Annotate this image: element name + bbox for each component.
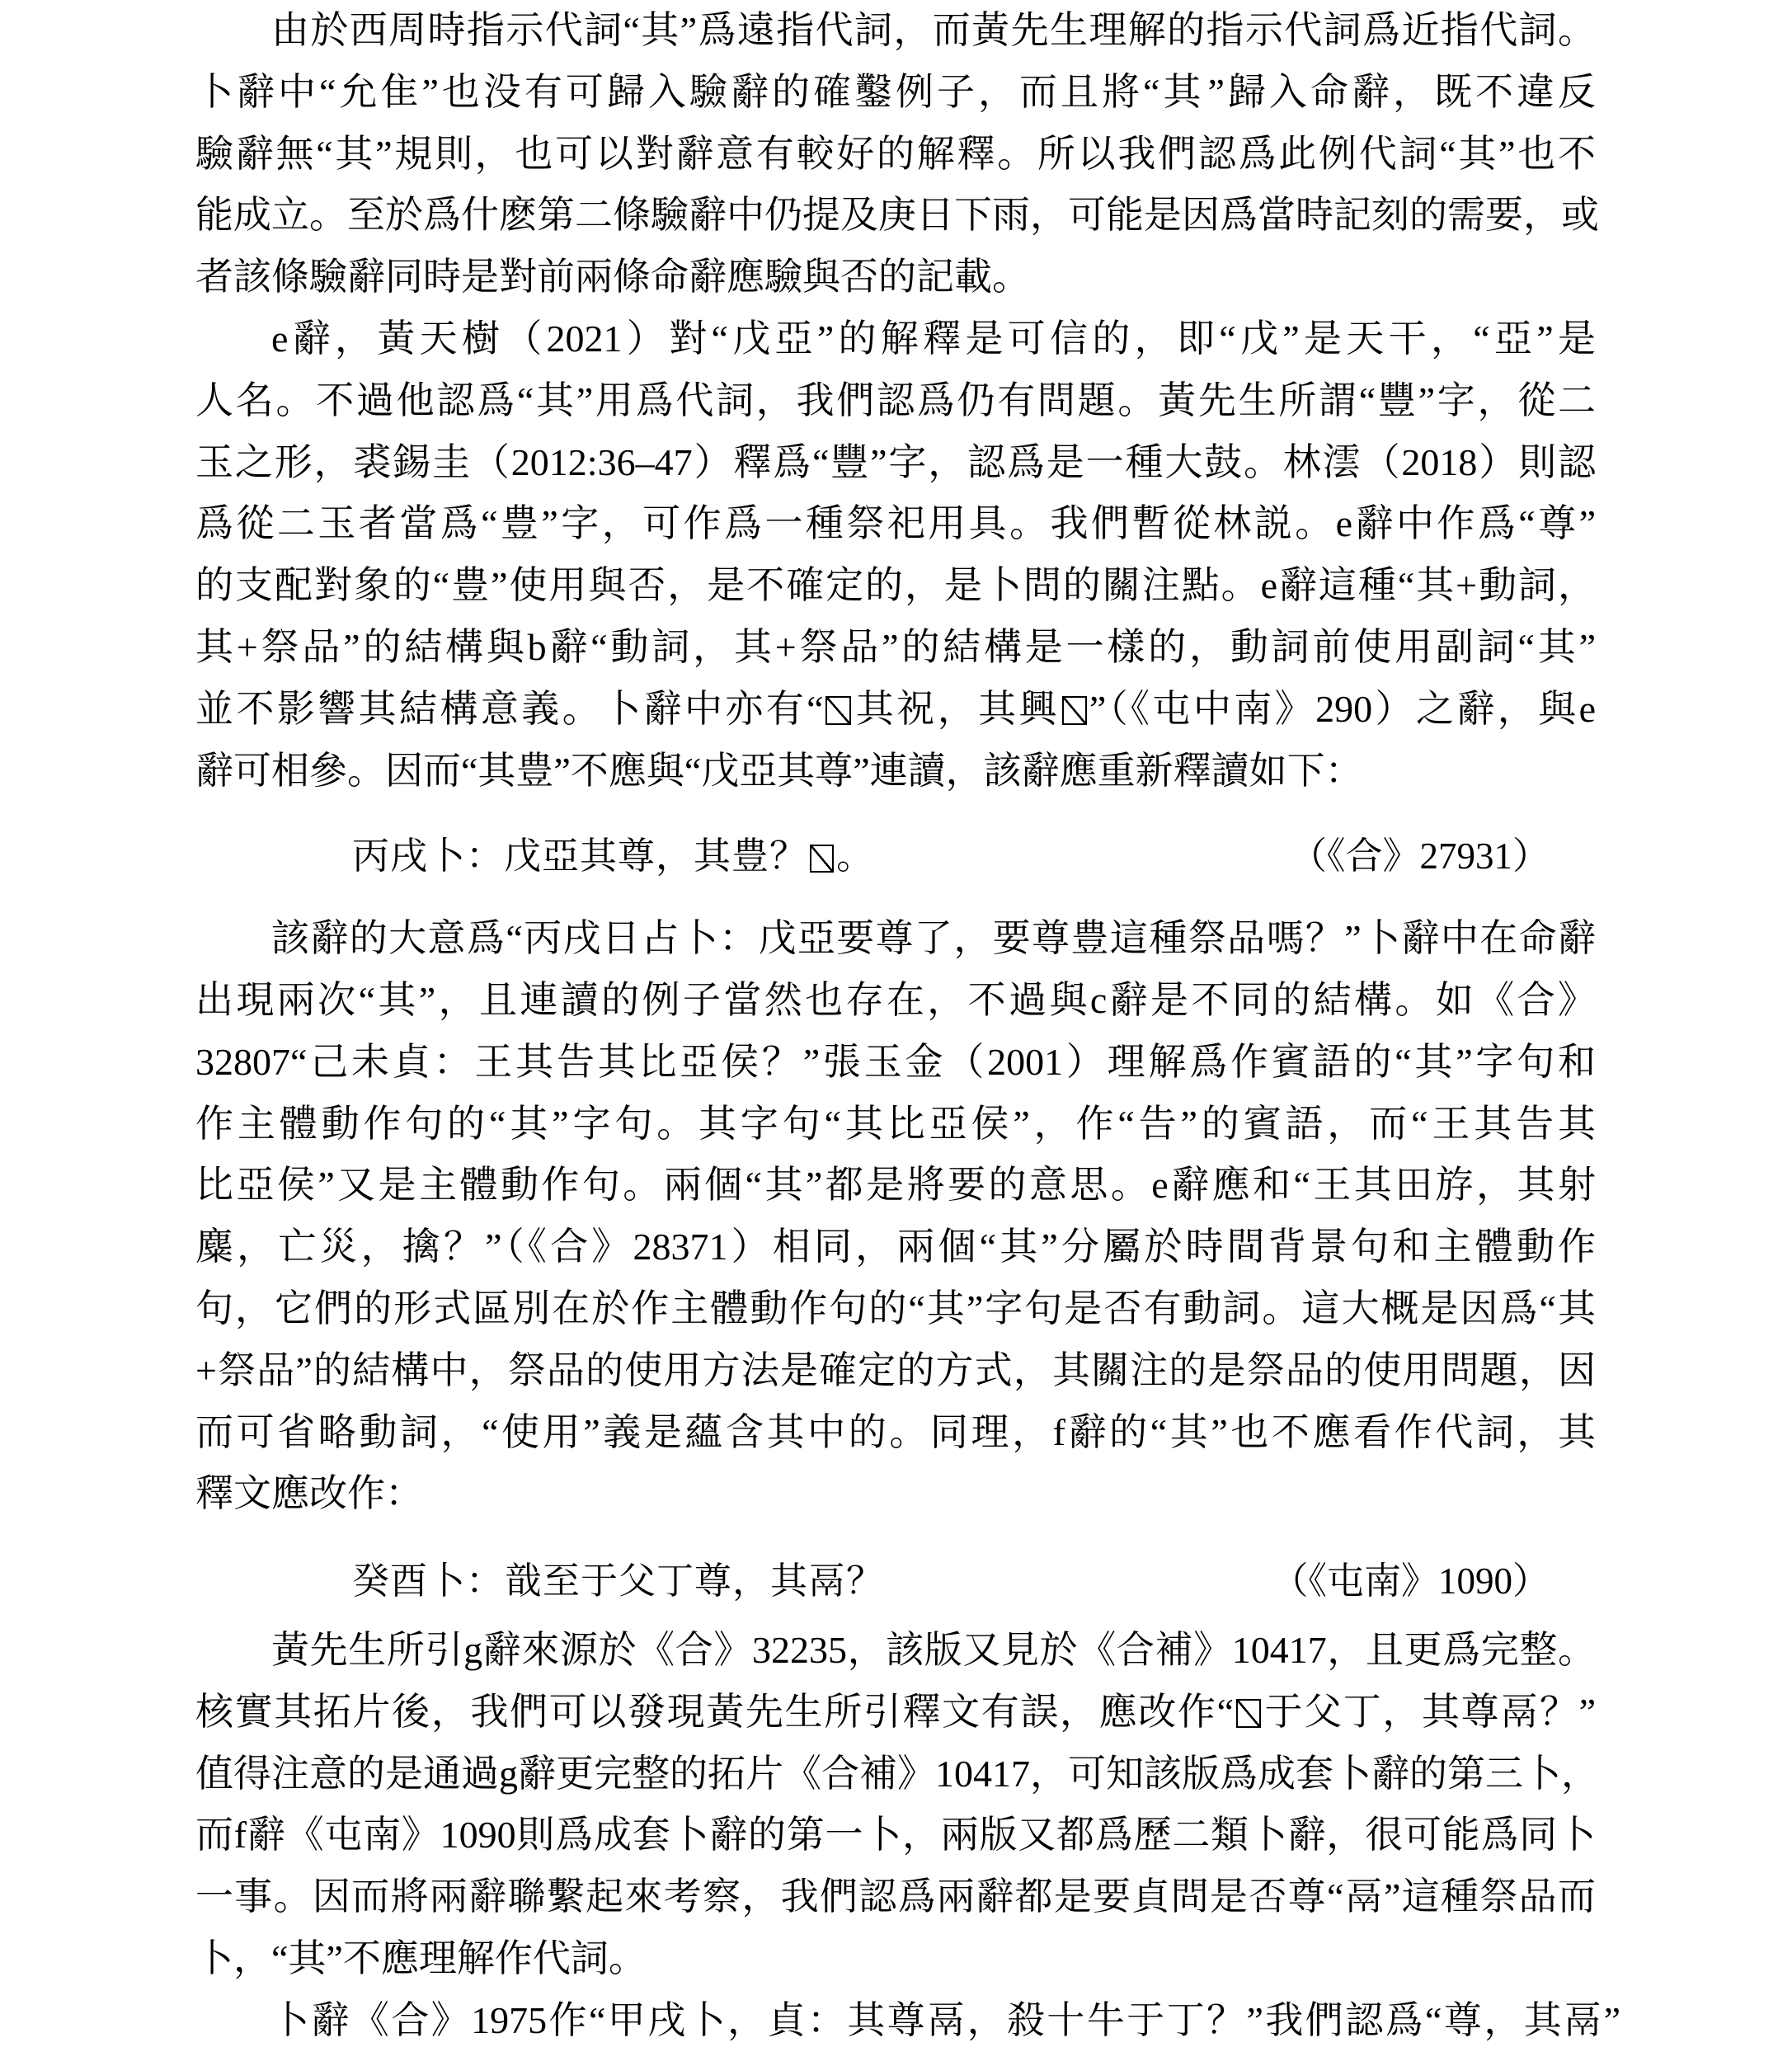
text-line: 黃先生所引g辭來源於《合》32235，該版又見於《合補》10417，且更爲完整。 (195, 1620, 1596, 1682)
text-line: +祭品”的結構中，祭品的使用方法是確定的方式，其關注的是祭品的使用問題，因 (195, 1340, 1596, 1402)
text-line: 能成立。至於爲什麽第二條驗辭中仍提及庚日下雨，可能是因爲當時記刻的需要，或 (195, 185, 1596, 247)
example-citation: （《屯南》1090） (1271, 1551, 1550, 1612)
text-line: 一事。因而將兩辭聯繫起來考察，我們認爲兩辭都是要貞問是否尊“鬲”這種祭品而 (195, 1866, 1596, 1928)
lacuna-box-icon (1236, 1699, 1261, 1728)
text-line: 驗辭無“其”規則，也可以對辭意有較好的解釋。所以我們認爲此例代詞“其”也不 (195, 124, 1596, 186)
example-text: 癸酉卜：𠨘戠至于父丁尊，其鬲？ (352, 1551, 884, 1612)
paragraph-demonstrative-qi: 由於西周時指示代詞“其”爲遠指代詞，而黃先生理解的指示代詞爲近指代詞。 卜辭中“… (195, 0, 1596, 308)
document-page: 由於西周時指示代詞“其”爲遠指代詞，而黃先生理解的指示代詞爲近指代詞。 卜辭中“… (0, 0, 1792, 2066)
text-line: 麋，亡災，擒？”（《合》28371）相同，兩個“其”分屬於時間背景句和主體動作 (195, 1217, 1596, 1278)
text-line: 核實其拓片後，我們可以發現黃先生所引釋文有誤，應改作“于父丁，其尊鬲？” (195, 1682, 1596, 1744)
text-line: 並不影響其結構意義。卜辭中亦有“其祝，其興”（《屯中南》290）之辭，與e (195, 679, 1596, 741)
text-line: 由於西周時指示代詞“其”爲遠指代詞，而黃先生理解的指示代詞爲近指代詞。 (195, 0, 1596, 62)
text-line: 辭可相參。因而“其豊”不應與“戊亞其尊”連讀，該辭應重新釋讀如下： (195, 741, 1596, 802)
paragraph-two-qi-structure: 該辭的大意爲“丙戌日占卜：戊亞要尊了，要尊豊這種祭品嗎？”卜辭中在命辭 出現兩次… (195, 908, 1596, 1525)
paragraph-he-1975: 卜辭《合》1975作“甲戌卜，貞：其尊鬲，殺十牛于丁？”我們認爲“尊，其鬲” (195, 1990, 1596, 2052)
text-line: 句，它們的形式區別在於作主體動作句的“其”字句是否有動詞。這大概是因爲“其 (195, 1278, 1596, 1340)
text-line: 該辭的大意爲“丙戌日占卜：戊亞要尊了，要尊豊這種祭品嗎？”卜辭中在命辭 (195, 908, 1596, 970)
example-citation: （《合》27931） (1290, 826, 1550, 887)
text-line: 卜，“其”不應理解作代詞。 (195, 1928, 1596, 1990)
text-line: 者該條驗辭同時是對前兩條命辭應驗與否的記載。 (195, 247, 1596, 308)
text-line: 32807“己未貞：王其告其比亞侯？”張玉金（2001）理解爲作賓語的“其”字句… (195, 1032, 1596, 1094)
example-sentence: 丙戌卜：戊亞其尊，其豊？。 （《合》27931） (195, 826, 1596, 887)
paragraph-g-inscription: 黃先生所引g辭來源於《合》32235，該版又見於《合補》10417，且更爲完整。… (195, 1620, 1596, 1990)
paragraph-e-inscription: e辭，黃天樹（2021）對“戊亞”的解釋是可信的，即“戊”是天干，“亞”是 人名… (195, 308, 1596, 802)
text-line: 人名。不過他認爲“其”用爲代詞，我們認爲仍有問題。黃先生所謂“豐”字，從二 (195, 370, 1596, 432)
text-line: 值得注意的是通過g辭更完整的拓片《合補》10417，可知該版爲成套卜辭的第三卜， (195, 1744, 1596, 1805)
lacuna-box-icon (825, 696, 850, 725)
lacuna-box-icon (810, 845, 835, 873)
text-line: 而可省略動詞，“使用”義是蘊含其中的。同理，f辭的“其”也不應看作代詞，其 (195, 1402, 1596, 1464)
text-line: 玉之形，裘錫圭（2012:36–47）釋爲“豐”字，認爲是一種大鼓。林澐（201… (195, 432, 1596, 494)
text-line: e辭，黃天樹（2021）對“戊亞”的解釋是可信的，即“戊”是天干，“亞”是 (195, 308, 1596, 370)
example-text: 丙戌卜：戊亞其尊，其豊？。 (352, 826, 874, 887)
text-line: 卜辭《合》1975作“甲戌卜，貞：其尊鬲，殺十牛于丁？”我們認爲“尊，其鬲” (195, 1990, 1620, 2052)
text-line: 作主體動作句的“其”字句。其字句“其比亞侯”，作“告”的賓語，而“王其告其 (195, 1094, 1596, 1155)
text-line: 爲從二玉者當爲“豊”字，可作爲一種祭祀用具。我們暫從林説。e辭中作爲“尊” (195, 493, 1596, 555)
text-line: 而f辭《屯南》1090則爲成套卜辭的第一卜，兩版又都爲歷二類卜辭，很可能爲同卜 (195, 1805, 1596, 1866)
text-line: 卜辭中“允隹”也没有可歸入驗辭的確鑿例子，而且將“其𡖅”歸入命辭，既不違反 (195, 62, 1596, 124)
article-body: 由於西周時指示代詞“其”爲遠指代詞，而黃先生理解的指示代詞爲近指代詞。 卜辭中“… (195, 0, 1596, 2052)
text-line: 比亞侯”又是主體動作句。兩個“其”都是將要的意思。e辭應和“王其田斿，其射 (195, 1155, 1596, 1217)
lacuna-box-icon (1062, 696, 1087, 725)
text-line: 釋文應改作： (195, 1463, 1596, 1525)
text-line: 其+祭品”的結構與b辭“動詞，其+祭品”的結構是一樣的，動詞前使用副詞“其” (195, 617, 1596, 679)
example-sentence: 癸酉卜：𠨘戠至于父丁尊，其鬲？ （《屯南》1090） (195, 1551, 1596, 1612)
text-line: 出現兩次“其”，且連讀的例子當然也存在，不過與c辭是不同的結構。如《合》 (195, 970, 1596, 1032)
text-line: 的支配對象的“豊”使用與否，是不確定的，是卜問的關注點。e辭這種“其+動詞， (195, 555, 1596, 617)
